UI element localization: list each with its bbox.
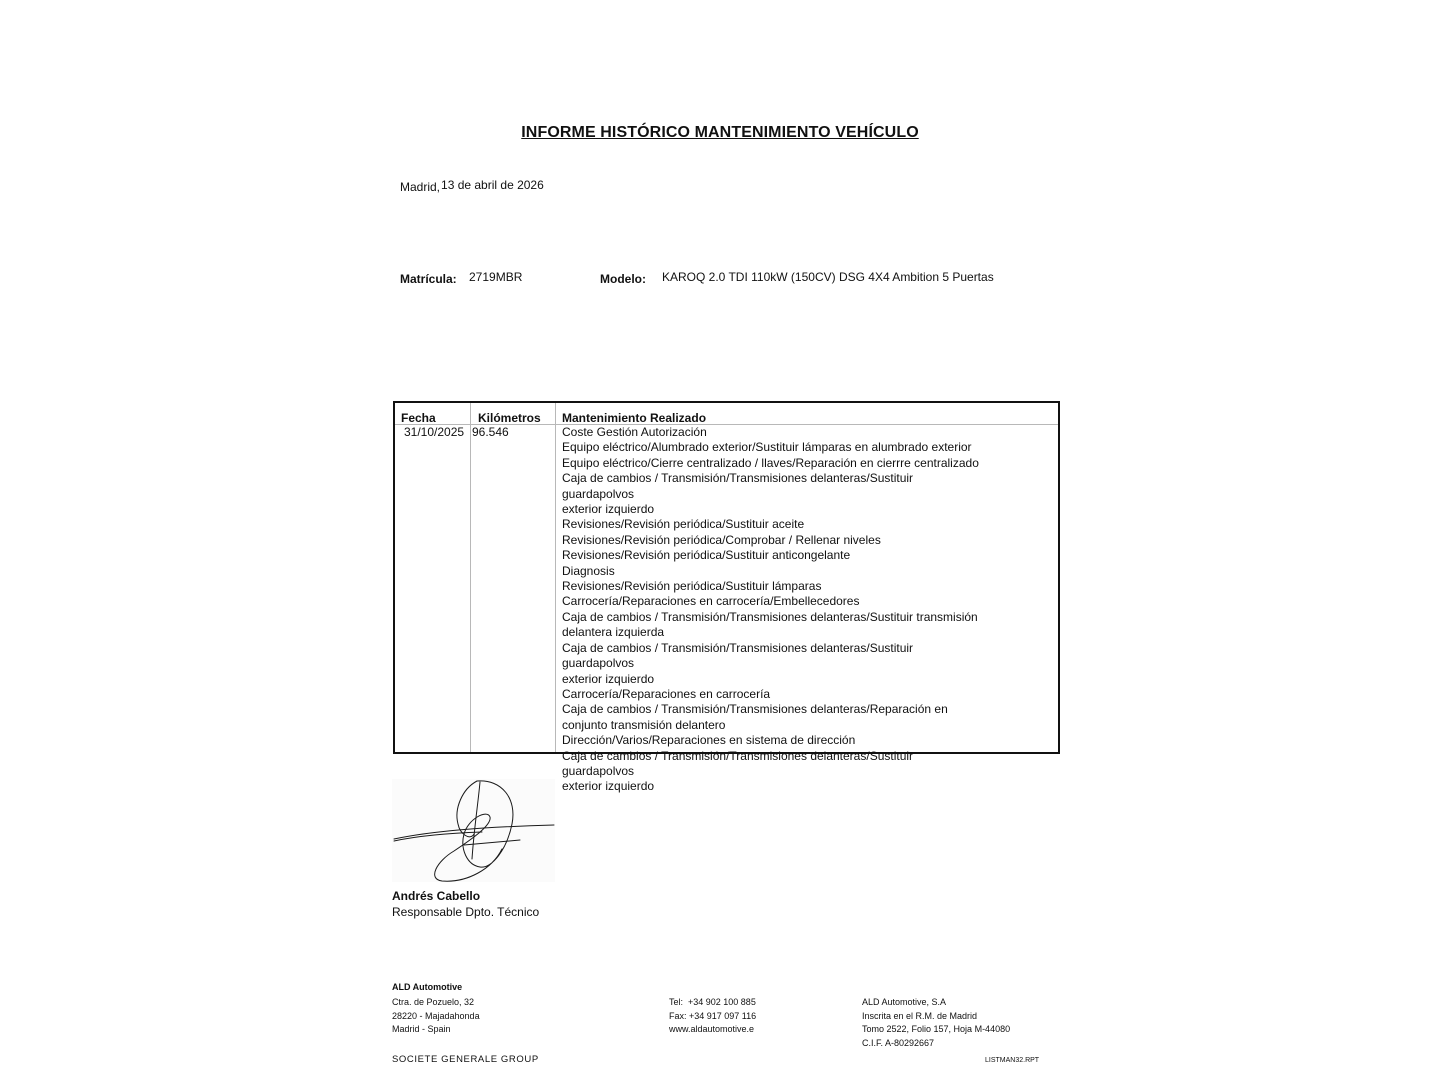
maintenance-item: Coste Gestión Autorización: [562, 425, 982, 440]
header-maintenance: Mantenimiento Realizado: [562, 411, 706, 425]
maintenance-item: Equipo eléctrico/Alumbrado exterior/Sust…: [562, 440, 982, 455]
maintenance-item: exterior izquierdo: [562, 502, 982, 517]
fax: Fax: +34 917 097 116: [669, 1010, 756, 1024]
report-date: 13 de abril de 2026: [441, 178, 544, 192]
maintenance-item: Caja de cambios / Transmisión/Transmisio…: [562, 749, 982, 780]
maintenance-item: Carrocería/Reparaciones en carrocería/Em…: [562, 594, 982, 609]
maintenance-item: Caja de cambios / Transmisión/Transmisio…: [562, 702, 982, 717]
maintenance-item: delantera izquierda: [562, 625, 982, 640]
footer-company: ALD Automotive: [392, 982, 462, 992]
maintenance-item: Caja de cambios / Transmisión/Transmisio…: [562, 610, 982, 625]
address-line: Madrid - Spain: [392, 1023, 480, 1037]
signer-name: Andrés Cabello: [392, 889, 480, 903]
legal-line: ALD Automotive, S.A: [862, 996, 1010, 1010]
legal-line: C.I.F. A-80292667: [862, 1037, 1010, 1051]
legal-line: Inscrita en el R.M. de Madrid: [862, 1010, 1010, 1024]
maintenance-table: Fecha Kilómetros Mantenimiento Realizado…: [393, 401, 1060, 754]
plate-value: 2719MBR: [469, 270, 522, 284]
place-date: Madrid,13 de abril de 2026: [400, 178, 544, 192]
plate-label: Matrícula:: [400, 272, 457, 286]
maintenance-item: Revisiones/Revisión periódica/Comprobar …: [562, 533, 982, 548]
signature-icon: [392, 779, 555, 882]
maintenance-item: Revisiones/Revisión periódica/Sustituir …: [562, 579, 982, 594]
row-km: 96.546: [472, 425, 509, 439]
maintenance-item: exterior izquierdo: [562, 672, 982, 687]
header-date: Fecha: [401, 411, 436, 425]
maintenance-item: Caja de cambios / Transmisión/Transmisio…: [562, 471, 982, 502]
report-code: LISTMAN32.RPT: [985, 1057, 1039, 1064]
city: Madrid,: [400, 180, 440, 194]
maintenance-item: exterior izquierdo: [562, 779, 982, 794]
maintenance-item: Dirección/Varios/Reparaciones en sistema…: [562, 733, 982, 748]
address-line: 28220 - Majadahonda: [392, 1010, 480, 1024]
address-line: Ctra. de Pozuelo, 32: [392, 996, 480, 1010]
maintenance-item: Equipo eléctrico/Cierre centralizado / l…: [562, 456, 982, 471]
column-divider: [470, 403, 471, 752]
maintenance-item: conjunto transmisión delantero: [562, 718, 982, 733]
maintenance-item: Caja de cambios / Transmisión/Transmisio…: [562, 641, 982, 672]
maintenance-list: Coste Gestión AutorizaciónEquipo eléctri…: [562, 425, 982, 795]
document-title: INFORME HISTÓRICO MANTENIMIENTO VEHÍCULO: [0, 124, 1440, 142]
column-divider: [555, 403, 556, 752]
model-value: KAROQ 2.0 TDI 110kW (150CV) DSG 4X4 Ambi…: [662, 270, 994, 284]
website-link[interactable]: www.aldautomotive.e: [669, 1023, 756, 1037]
legal-line: Tomo 2522, Folio 157, Hoja M-44080: [862, 1023, 1010, 1037]
footer-contact: Tel: +34 902 100 885 Fax: +34 917 097 11…: [669, 996, 756, 1037]
maintenance-item: Revisiones/Revisión periódica/Sustituir …: [562, 548, 982, 563]
maintenance-item: Diagnosis: [562, 564, 982, 579]
footer-address: Ctra. de Pozuelo, 32 28220 - Majadahonda…: [392, 996, 480, 1037]
signer-role: Responsable Dpto. Técnico: [392, 905, 539, 919]
footer-legal: ALD Automotive, S.A Inscrita en el R.M. …: [862, 996, 1010, 1050]
maintenance-item: Revisiones/Revisión periódica/Sustituir …: [562, 517, 982, 532]
group-logo-text: SOCIETE GENERALE GROUP: [392, 1054, 539, 1065]
model-label: Modelo:: [600, 272, 646, 286]
header-km: Kilómetros: [478, 411, 541, 425]
maintenance-item: Carrocería/Reparaciones en carrocería: [562, 687, 982, 702]
phone: Tel: +34 902 100 885: [669, 996, 756, 1010]
row-date: 31/10/2025: [404, 425, 464, 439]
